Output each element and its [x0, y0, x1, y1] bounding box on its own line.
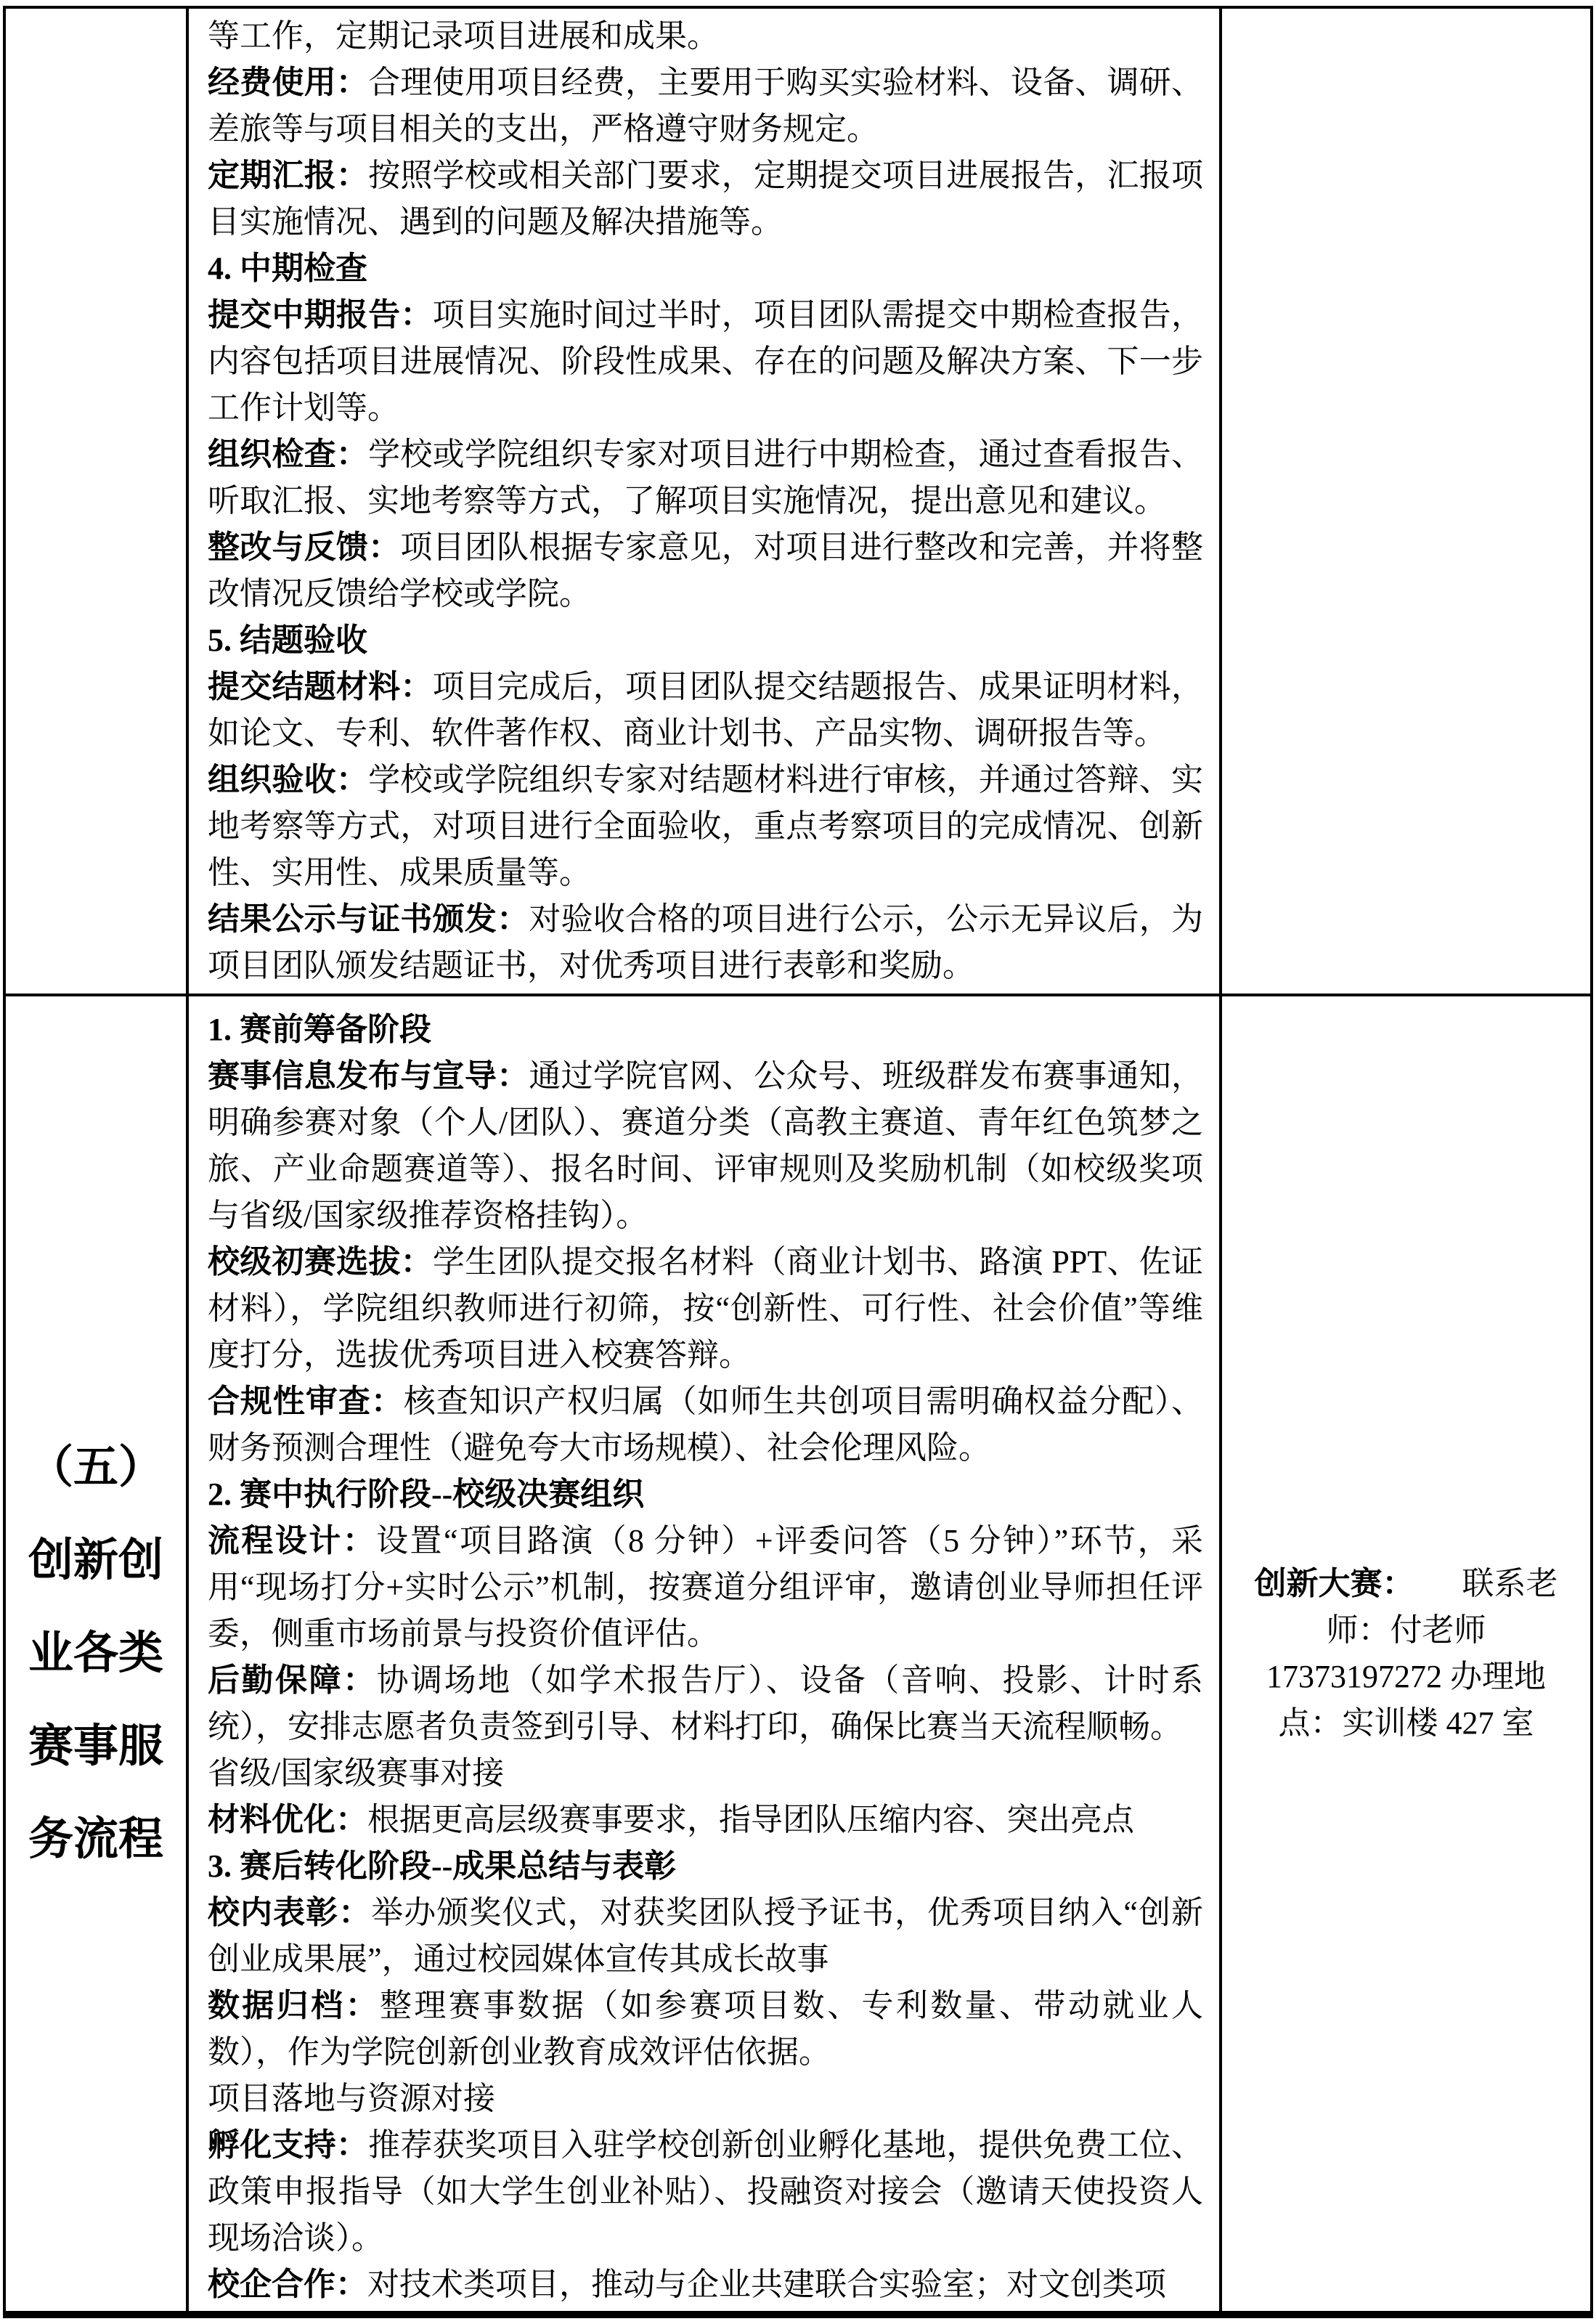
- row-label-line: （五）: [28, 1421, 163, 1514]
- para-submit-midterm-report: 提交中期报告：项目实施时间过半时，项目团队需提交中期检查报告，内容包括项目进展情…: [208, 292, 1203, 431]
- para-bold-label: 结果公示与证书颁发：: [208, 901, 529, 937]
- para-bold-label: 提交结题材料：: [208, 669, 433, 704]
- para-bold-label: 整改与反馈：: [208, 529, 400, 565]
- para-bold-label: 3. 赛后转化阶段--成果总结与表彰: [208, 1848, 676, 1884]
- row2-body-cell: 1. 赛前筹备阶段 赛事信息发布与宣导：通过学院官网、公众号、班级群发布赛事通知…: [189, 996, 1222, 2311]
- para-bold-label: 赛事信息发布与宣导：: [208, 1058, 529, 1094]
- para-text: 根据更高层级赛事要求，指导团队压缩内容、突出亮点: [367, 1802, 1134, 1837]
- row2-label-cell: （五） 创新创 业各类 赛事服 务流程: [6, 996, 189, 2311]
- para-data-archive: 数据归档：整理赛事数据（如参赛项目数、专利数量、带动就业人数），作为学院创新创业…: [208, 1983, 1203, 2076]
- para-bold-label: 数据归档：: [208, 1988, 380, 2023]
- para-text: 省级/国家级赛事对接: [208, 1755, 504, 1791]
- para-bold-label: 校企合作：: [208, 2267, 367, 2302]
- para-bold-label: 组织验收：: [208, 762, 368, 797]
- para-bold-label: 流程设计：: [208, 1523, 376, 1559]
- row-label-line: 业各类: [28, 1607, 163, 1700]
- para-bold-label: 孵化支持：: [208, 2127, 368, 2163]
- para-bold-label: 2. 赛中执行阶段--校级决赛组织: [208, 1476, 644, 1512]
- para-bold-label: 提交中期报告：: [208, 297, 433, 333]
- row2-contact-cell: 创新大赛： 联系老师：付老师 17373197272 办理地点：实训楼 427 …: [1222, 996, 1590, 2311]
- heading-midterm-check: 4. 中期检查: [208, 245, 1203, 292]
- para-periodic-report: 定期汇报：按照学校或相关部门要求，定期提交项目进展报告，汇报项目实施情况、遇到的…: [208, 153, 1203, 245]
- row-label-line: 赛事服: [28, 1700, 163, 1793]
- para-organize-check: 组织检查：学校或学院组织专家对项目进行中期检查，通过查看报告、听取汇报、实地考察…: [208, 431, 1203, 524]
- para-bold-label: 1. 赛前筹备阶段: [208, 1012, 431, 1047]
- para-bold-label: 后勤保障：: [208, 1662, 377, 1698]
- heading-final-acceptance: 5. 结题验收: [208, 617, 1203, 664]
- para-compliance-review: 合规性审查：核查知识产权归属（如师生共创项目需明确权益分配）、财务预测合理性（避…: [208, 1378, 1203, 1471]
- para-provincial-national-connection: 省级/国家级赛事对接: [208, 1750, 1203, 1797]
- para-material-optimization: 材料优化：根据更高层级赛事要求，指导团队压缩内容、突出亮点: [208, 1797, 1203, 1843]
- para-process-design: 流程设计：设置“项目路演（8 分钟）+评委问答（5 分钟）”环节，采用“现场打分…: [208, 1518, 1203, 1657]
- para-continuation: 等工作，定期记录项目进展和成果。: [208, 13, 1203, 60]
- para-school-enterprise-cooperation: 校企合作：对技术类项目，推动与企业共建联合实验室；对文创类项: [208, 2262, 1203, 2308]
- contact-info: 创新大赛： 联系老师：付老师 17373197272 办理地点：实训楼 427 …: [1237, 1561, 1576, 1747]
- para-organize-acceptance: 组织验收：学校或学院组织专家对结题材料进行审核，并通过答辩、实地考察等方式，对项…: [208, 757, 1203, 896]
- row1-label-cell-empty: [6, 9, 189, 996]
- para-funds-usage: 经费使用：合理使用项目经费，主要用于购买实验材料、设备、调研、差旅等与项目相关的…: [208, 60, 1203, 153]
- para-bold-label: 经费使用：: [208, 65, 368, 100]
- para-event-info-release: 赛事信息发布与宣导：通过学院官网、公众号、班级群发布赛事通知，明确参赛对象（个人…: [208, 1053, 1203, 1239]
- row1-contact-cell-empty: [1222, 9, 1590, 996]
- para-text: 对技术类项目，推动与企业共建联合实验室；对文创类项: [367, 2267, 1166, 2302]
- row-label-line: 务流程: [28, 1793, 163, 1886]
- para-result-publicity-certificate: 结果公示与证书颁发：对验收合格的项目进行公示，公示无异议后，为项目团队颁发结题证…: [208, 896, 1203, 989]
- para-bold-label: 校级初赛选拔：: [208, 1244, 433, 1280]
- para-bold-label: 组织检查：: [208, 436, 368, 472]
- para-bold-label: 定期汇报：: [208, 158, 368, 193]
- para-school-recognition: 校内表彰：举办颁奖仪式，对获奖团队授予证书，优秀项目纳入“创新创业成果展”，通过…: [208, 1890, 1203, 1983]
- row-label-line: 创新创: [28, 1514, 163, 1607]
- service-process-table: 等工作，定期记录项目进展和成果。 经费使用：合理使用项目经费，主要用于购买实验材…: [3, 6, 1593, 2318]
- para-project-landing-resources: 项目落地与资源对接: [208, 2076, 1203, 2122]
- contact-bold-label: 创新大赛：: [1255, 1566, 1398, 1601]
- para-logistics-support: 后勤保障：协调场地（如学术报告厅）、设备（音响、投影、计时系统），安排志愿者负责…: [208, 1657, 1203, 1750]
- para-incubation-support: 孵化支持：推荐获奖项目入驻学校创新创业孵化基地，提供免费工位、政策申报指导（如大…: [208, 2122, 1203, 2262]
- para-bold-label: 5. 结题验收: [208, 622, 367, 658]
- para-text: 项目落地与资源对接: [208, 2081, 495, 2116]
- para-rectify-feedback: 整改与反馈：项目团队根据专家意见，对项目进行整改和完善，并将整改情况反馈给学校或…: [208, 524, 1203, 617]
- para-bold-label: 材料优化：: [208, 1802, 367, 1837]
- para-school-preliminary-selection: 校级初赛选拔：学生团队提交报名材料（商业计划书、路演 PPT、佐证材料），学院组…: [208, 1239, 1203, 1378]
- para-text: 等工作，定期记录项目进展和成果。: [208, 18, 719, 54]
- para-bold-label: 4. 中期检查: [208, 251, 367, 286]
- document-page: 等工作，定期记录项目进展和成果。 经费使用：合理使用项目经费，主要用于购买实验材…: [0, 0, 1596, 2324]
- row1-body-cell: 等工作，定期记录项目进展和成果。 经费使用：合理使用项目经费，主要用于购买实验材…: [189, 9, 1222, 996]
- heading-mid-competition-stage: 2. 赛中执行阶段--校级决赛组织: [208, 1471, 1203, 1518]
- heading-pre-competition-stage: 1. 赛前筹备阶段: [208, 1007, 1203, 1053]
- para-submit-final-materials: 提交结题材料：项目完成后，项目团队提交结题报告、成果证明材料，如论文、专利、软件…: [208, 664, 1203, 757]
- para-bold-label: 校内表彰：: [208, 1895, 371, 1930]
- para-bold-label: 合规性审查：: [208, 1384, 404, 1419]
- heading-post-competition-stage: 3. 赛后转化阶段--成果总结与表彰: [208, 1843, 1203, 1890]
